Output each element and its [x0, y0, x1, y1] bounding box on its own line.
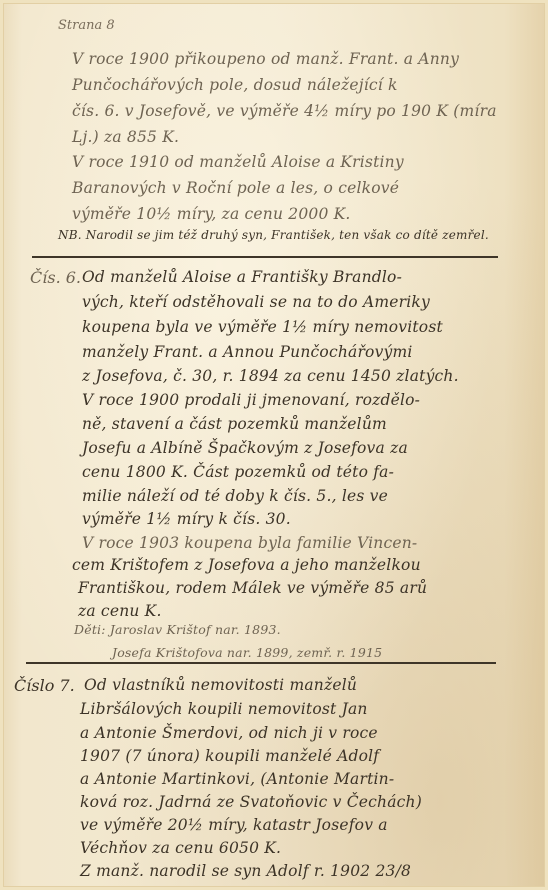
entry-line: Františkou, rodem Málek ve výměře 85 arů: [78, 581, 427, 597]
section-divider: [32, 256, 498, 258]
page-number-header: Strana 8: [58, 18, 115, 33]
entry-label-cislo-7: Číslo 7.: [14, 676, 75, 695]
entry-line: z Josefova, č. 30, r. 1894 za cenu 1450 …: [82, 369, 459, 385]
intro-note: NB. Narodil se jim též druhý syn, Franti…: [58, 229, 489, 241]
entry-line: manžely Frant. a Annou Punčochářovými: [82, 345, 413, 361]
entry-line: a Antonie Martinkovi, (Antonie Martin-: [80, 772, 394, 788]
intro-line: Baranových v Roční pole a les, o celkové: [72, 181, 399, 197]
intro-line: Punčochářových pole, dosud náležející k: [72, 78, 398, 94]
entry-line: ve výměře 20½ míry, katastr Josefov a: [80, 818, 388, 834]
entry-line: milie náleží od té doby k čís. 5., les v…: [82, 489, 388, 505]
entry-line: Od vlastníků nemovitosti manželů: [84, 678, 357, 694]
intro-line: Lj.) za 855 K.: [72, 130, 179, 146]
entry-line: Z manž. narodil se syn Adolf r. 1902 23/…: [80, 864, 411, 880]
entry-line: ně, stavení a část pozemků manželům: [82, 417, 387, 433]
entry-line: výměře 1½ míry k čís. 30.: [82, 512, 291, 528]
intro-line: V roce 1900 přikoupeno od manž. Frant. a…: [72, 52, 459, 68]
entry-line: a Antonie Šmerdovi, od nich ji v roce: [80, 726, 378, 742]
entry-line: cenu 1800 K. Část pozemků od této fa-: [82, 465, 394, 481]
entry-line: Véchňov za cenu 6050 K.: [80, 841, 281, 857]
intro-line: výměře 10½ míry, za cenu 2000 K.: [72, 207, 351, 223]
entry-line: V roce 1900 prodali ji jmenovaní, rozděl…: [82, 393, 420, 409]
children-line: Děti: Jaroslav Krištof nar. 1893.: [74, 624, 281, 637]
entry-label-cis-6: Čís. 6.: [30, 268, 81, 287]
entry-line: Libršálových koupili nemovitost Jan: [80, 702, 368, 718]
handwritten-ledger-page: Strana 8 V roce 1900 přikoupeno od manž.…: [0, 0, 548, 890]
section-divider: [26, 662, 496, 664]
entry-line: ková roz. Jadrná ze Svatoňovic v Čechách…: [80, 795, 422, 811]
entry-line: cem Krištofem z Josefova a jeho manželko…: [72, 558, 421, 574]
entry-line: koupena byla ve výměře 1½ míry nemovitos…: [82, 320, 443, 336]
entry-line: Josefu a Albíně Špačkovým z Josefova za: [82, 441, 408, 457]
intro-line: čís. 6. v Josefově, ve výměře 4½ míry po…: [72, 104, 497, 120]
entry-line: Od manželů Aloise a Františky Brandlo-: [82, 270, 402, 286]
intro-line: V roce 1910 od manželů Aloise a Kristiny: [72, 155, 404, 171]
entry-line: vých, kteří odstěhovali se na to do Amer…: [82, 295, 430, 311]
entry-line: V roce 1903 koupena byla familie Vincen-: [82, 536, 417, 552]
children-line: Josefa Krištofova nar. 1899, zemř. r. 19…: [112, 647, 382, 660]
entry-line: 1907 (7 února) koupili manželé Adolf: [80, 749, 379, 765]
